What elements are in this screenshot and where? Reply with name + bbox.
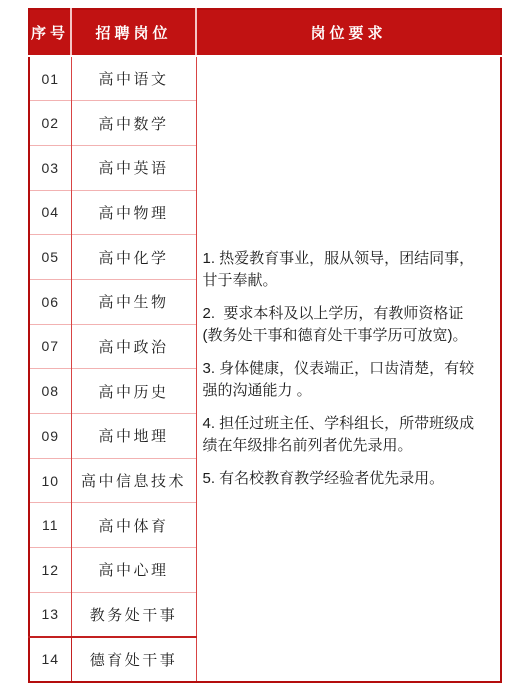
serial-cell: 06 xyxy=(29,279,71,324)
header-cell-serial: 序号 xyxy=(29,9,71,56)
position-cell: 德育处干事 xyxy=(71,637,196,682)
requirement-item-3: 3. 身体健康，仪表端正，口齿清楚，有较 强的沟通能力 。 xyxy=(203,358,491,402)
serial-cell: 08 xyxy=(29,369,71,414)
header-cell-requirements: 岗位要求 xyxy=(196,9,501,56)
serial-cell: 11 xyxy=(29,503,71,548)
position-cell: 高中信息技术 xyxy=(71,458,196,503)
position-cell: 高中政治 xyxy=(71,324,196,369)
position-cell: 高中体育 xyxy=(71,503,196,548)
header-cell-position: 招聘岗位 xyxy=(71,9,196,56)
serial-cell: 01 xyxy=(29,56,71,101)
serial-cell: 13 xyxy=(29,592,71,637)
position-cell: 高中物理 xyxy=(71,190,196,235)
serial-cell: 12 xyxy=(29,548,71,593)
position-cell: 高中地理 xyxy=(71,414,196,459)
table-body: 01 高中语文 1. 热爱教育事业，服从领导，团结同事， 甘于奉献。 2. 要求… xyxy=(29,56,501,682)
serial-cell: 02 xyxy=(29,101,71,146)
position-cell: 高中数学 xyxy=(71,101,196,146)
serial-cell: 07 xyxy=(29,324,71,369)
serial-cell: 05 xyxy=(29,235,71,280)
position-cell: 高中语文 xyxy=(71,56,196,101)
position-cell: 高中心理 xyxy=(71,548,196,593)
serial-cell: 03 xyxy=(29,145,71,190)
table-row: 01 高中语文 1. 热爱教育事业，服从领导，团结同事， 甘于奉献。 2. 要求… xyxy=(29,56,501,101)
serial-cell: 10 xyxy=(29,458,71,503)
recruitment-table: 序号 招聘岗位 岗位要求 01 高中语文 1. 热爱教育事业，服从领导，团结同事… xyxy=(28,8,502,683)
position-cell: 高中历史 xyxy=(71,369,196,414)
position-cell: 高中生物 xyxy=(71,279,196,324)
requirement-item-4: 4. 担任过班主任、学科组长，所带班级成 绩在年级排名前列者优先录用。 xyxy=(203,413,491,457)
requirements-cell: 1. 热爱教育事业，服从领导，团结同事， 甘于奉献。 2. 要求本科及以上学历，… xyxy=(196,56,501,682)
header-row: 序号 招聘岗位 岗位要求 xyxy=(29,9,501,56)
position-cell: 高中化学 xyxy=(71,235,196,280)
position-cell: 教务处干事 xyxy=(71,592,196,637)
requirement-item-5: 5. 有名校教育教学经验者优先录用。 xyxy=(203,468,491,490)
serial-cell: 14 xyxy=(29,637,71,682)
recruitment-table-container: 序号 招聘岗位 岗位要求 01 高中语文 1. 热爱教育事业，服从领导，团结同事… xyxy=(28,8,502,683)
serial-cell: 09 xyxy=(29,414,71,459)
requirement-item-1: 1. 热爱教育事业，服从领导，团结同事， 甘于奉献。 xyxy=(203,248,491,292)
requirement-item-2: 2. 要求本科及以上学历，有教师资格证 (教务处干事和德育处干事学历可放宽)。 xyxy=(203,303,491,347)
serial-cell: 04 xyxy=(29,190,71,235)
position-cell: 高中英语 xyxy=(71,145,196,190)
table-header: 序号 招聘岗位 岗位要求 xyxy=(29,9,501,56)
